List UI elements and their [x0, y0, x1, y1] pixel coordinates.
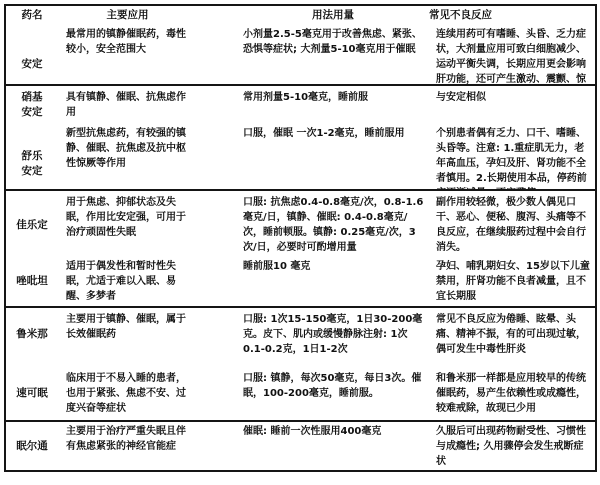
table-row-zuobitan: 唑吡坦 适用于偶发性和暂时性失眠，尤适于难以入眠、易醒、多梦者 睡前服10 毫克… [6, 259, 595, 304]
drug-adverse-reactions: 与安定相似 [429, 90, 595, 120]
drug-adverse-reactions: 孕妇、哺乳期妇女、15岁以下儿童禁用，肝肾功能不良者减量，且不宜长期服 [429, 259, 595, 304]
drug-name: 速可眠 [6, 386, 58, 401]
drug-dosage: 睡前服10 毫克 [237, 259, 429, 304]
drug-application: 用于焦虑、抑郁状态及失眠，作用比安定强，可用于治疗顽固性失眠 [58, 195, 237, 255]
table-group-3: 佳乐定 用于焦虑、抑郁状态及失眠，作用比安定强，可用于治疗顽固性失眠 口服: 抗… [6, 189, 595, 306]
table-row-sukemian: 速可眠 临床用于不易入睡的患者，也用于紧张、焦虑不安、过度兴奋等症状 口服: 镇… [6, 371, 595, 416]
drug-application: 主要用于镇静、催眠，属于长效催眠药 [58, 312, 237, 357]
drug-application: 临床用于不易入睡的患者，也用于紧张、焦虑不安、过度兴奋等症状 [58, 371, 237, 416]
table-row-xiaoji-anding: 硝基 安定 具有镇静、催眠、抗焦虑作用 常用剂量5-10毫克，睡前服 与安定相似 [6, 90, 595, 120]
table-group-1: 药名 主要应用 用法用量 常见不良反应 安定 最常用的镇静催眠药，毒性较小，安全… [6, 6, 595, 84]
drug-application: 主要用于治疗严重失眠且伴有焦虑紧张的神经官能症 [58, 424, 237, 469]
table-group-2: 硝基 安定 具有镇静、催眠、抗焦虑作用 常用剂量5-10毫克，睡前服 与安定相似… [6, 84, 595, 189]
drug-name: 安定 [6, 57, 58, 72]
column-header-drug-name: 药名 [6, 9, 58, 25]
drug-name: 鲁米那 [6, 327, 58, 342]
drug-adverse-reactions: 个别患者偶有乏力、口干、嗜睡、头昏等。注意: 1.重症肌无力，老年高血压，孕妇及… [429, 126, 595, 189]
drug-name: 眠尔通 [6, 439, 58, 454]
drug-application: 具有镇静、催眠、抗焦虑作用 [58, 90, 237, 120]
medication-table: 药名 主要应用 用法用量 常见不良反应 安定 最常用的镇静催眠药，毒性较小，安全… [4, 4, 597, 472]
drug-name: 舒乐 安定 [6, 149, 58, 179]
drug-adverse-reactions: 久服后可出现药物耐受性、习惯性与成瘾性; 久用骤停会发生戒断症状 [429, 424, 595, 469]
drug-adverse-reactions: 和鲁米那一样都是应用较早的传统催眠药，易产生依赖性或成瘾性，较难戒除，故现已少用 [429, 371, 595, 416]
drug-name: 硝基 安定 [6, 90, 58, 120]
drug-application: 最常用的镇静催眠药，毒性较小，安全范围大 [58, 27, 237, 84]
drug-dosage: 口服: 1次15-150毫克，1日30-200毫克。皮下、肌内或缓慢静脉注射: … [237, 312, 429, 357]
drug-adverse-reactions: 常见不良反应为倦睡、眩晕、头痛、精神不振，有的可出现过敏，偶可发生中毒性肝炎 [429, 312, 595, 357]
column-header-dosage: 用法用量 [237, 9, 429, 25]
drug-dosage: 口服，催眠 一次1-2毫克，睡前服用 [237, 126, 429, 189]
drug-name: 唑吡坦 [6, 274, 58, 289]
table-row-jialeding: 佳乐定 用于焦虑、抑郁状态及失眠，作用比安定强，可用于治疗顽固性失眠 口服: 抗… [6, 195, 595, 255]
drug-application: 适用于偶发性和暂时性失眠，尤适于难以入眠、易醒、多梦者 [58, 259, 237, 304]
column-header-adverse-reactions: 常见不良反应 [429, 9, 520, 25]
drug-dosage: 口服: 抗焦虑0.4-0.8毫克/次，0.8-1.6毫克/日，镇静、催眠: 0.… [237, 195, 429, 255]
table-header-row: 药名 主要应用 用法用量 常见不良反应 [6, 9, 595, 25]
drug-dosage: 小剂量2.5-5毫克用于改善焦虑、紧张、恐惧等症状; 大剂量5-10毫克用于催眠 [237, 27, 429, 84]
table-group-5: 眠尔通 主要用于治疗严重失眠且伴有焦虑紧张的神经官能症 催眠: 睡前一次性服用4… [6, 420, 595, 470]
column-header-main-application: 主要应用 [58, 9, 237, 25]
table-group-4: 鲁米那 主要用于镇静、催眠，属于长效催眠药 口服: 1次15-150毫克，1日3… [6, 306, 595, 420]
drug-dosage: 催眠: 睡前一次性服用400毫克 [237, 424, 429, 469]
drug-dosage: 常用剂量5-10毫克，睡前服 [237, 90, 429, 120]
table-row-mianertong: 眠尔通 主要用于治疗严重失眠且伴有焦虑紧张的神经官能症 催眠: 睡前一次性服用4… [6, 424, 595, 469]
table-row-lumina: 鲁米那 主要用于镇静、催眠，属于长效催眠药 口服: 1次15-150毫克，1日3… [6, 312, 595, 357]
table-row-shule-anding: 舒乐 安定 新型抗焦虑药，有较强的镇静、催眠、抗焦虑及抗中枢性惊厥等作用 口服，… [6, 126, 595, 189]
table-row-anding: 安定 最常用的镇静催眠药，毒性较小，安全范围大 小剂量2.5-5毫克用于改善焦虑… [6, 27, 595, 84]
drug-adverse-reactions: 连续用药可有嗜睡、头昏、乏力症状，大剂量应用可致白细胞减少、运动平衡失调，长期应… [429, 27, 595, 84]
drug-name: 佳乐定 [6, 218, 58, 233]
drug-application: 新型抗焦虑药，有较强的镇静、催眠、抗焦虑及抗中枢性惊厥等作用 [58, 126, 237, 189]
drug-adverse-reactions: 副作用较轻微，极少数人偶见口干、恶心、便秘、腹泻、头痛等不良反应，在继续服药过程… [429, 195, 595, 255]
drug-dosage: 口服: 镇静，每次50毫克，每日3次。催眠，100-200毫克，睡前服。 [237, 371, 429, 416]
